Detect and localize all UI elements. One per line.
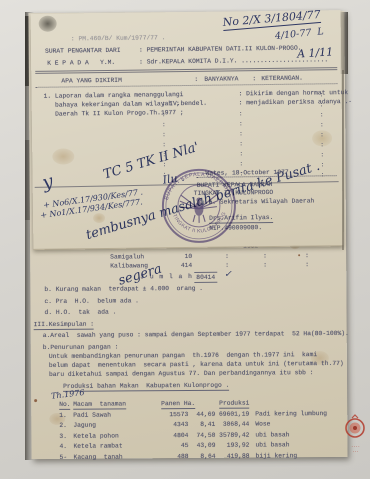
handwritten-flourish: y (40, 171, 55, 194)
column-header-qty: BANYAKNYA (204, 74, 238, 83)
prod-row-no: 5- (60, 453, 68, 462)
prod-row-name: Padi Sawah (73, 411, 111, 420)
cover-letter-sheet: : PM.460/B/ Kum/1977/77 . No 2/X 3/1804/… (31, 10, 344, 250)
to-label: K E P A D A Y.M. (47, 58, 115, 68)
column-header-sent: APA YANG DIKIRIM (61, 76, 122, 86)
prod-row-produksi: 69601,19 (209, 410, 249, 419)
prod-row-panen: 45 (154, 441, 188, 450)
prod-row-produksi: 193,92 (209, 441, 249, 450)
handwritten-date: 4/10-77 L (274, 26, 324, 42)
prod-row-no: 4. (59, 442, 67, 451)
watermark-microtext: ··· (342, 450, 370, 455)
production-table-title: Produksi bahan Makan Kabupaten Kulonprog… (63, 381, 229, 392)
prod-row-panen: 488 (155, 452, 189, 461)
official-round-stamp: BUPATI KEPALA DAERAH TINGKAT II KULON PR… (158, 163, 239, 246)
prod-row-produksi: 3068,44 (209, 420, 249, 429)
prod-row-no: 1. (59, 411, 67, 420)
prod-header-no: No. (59, 400, 70, 410)
prod-header-name: Macam tanaman (73, 399, 126, 409)
garuda-head (196, 197, 201, 202)
garuda-body (194, 202, 203, 216)
to-value: : Sdr.KEPALA KOMITA D.I.Y. .............… (139, 55, 328, 66)
prod-row-ket: ubi basah (255, 440, 289, 449)
section-heading: III.Kesimpulan : (34, 320, 95, 330)
prod-row-ket: ubi basah (255, 430, 289, 439)
prod-row-name: Ketela pohon (73, 431, 118, 440)
scan-edge-shadow (340, 12, 348, 74)
prod-row-panen: 4343 (154, 420, 188, 429)
prod-row-produksi: 419,88 (210, 452, 250, 461)
from-value: : PEMERINTAH KABUPATEN DATI.II KULON-PRO… (139, 44, 302, 55)
ink-speck (34, 399, 37, 402)
prod-row-name: Kacang tanah (74, 452, 123, 461)
prod-row-name: Jagung (73, 421, 96, 430)
prod-header-panen: Panen Ha. (161, 399, 195, 409)
conclusion-a: a.Areal sawah yang puso : sampai dengan … (43, 329, 349, 340)
prod-header-produksi: Produksi (219, 399, 249, 409)
prod-row-panen: 4804 (154, 431, 188, 440)
prod-row-produksi: 35789,42 (209, 431, 249, 440)
report-point-d: d. H.O. tak ada . (45, 308, 117, 318)
sheet-edge-line (342, 70, 344, 250)
paragraph-line: baru diketahui sampai dengan Agustus 77.… (49, 368, 314, 379)
column-separator: : (194, 75, 198, 84)
prod-row-name: Ketela rambat (73, 441, 122, 450)
archive-watermark: ···· ··· (342, 414, 370, 462)
prod-row-no: 2. (59, 421, 67, 430)
prod-row-ket: Padi kering lumbung (255, 409, 327, 419)
prod-row-ket: biji kering (256, 451, 298, 460)
corner-smudge (39, 16, 57, 32)
prod-row-no: 3. (59, 432, 67, 441)
from-label: SURAT PENGANTAR DARI (45, 46, 121, 56)
prod-row-ket: Wose (255, 419, 270, 428)
archive-logo-icon (342, 414, 368, 440)
prod-row-panen: 15573 (154, 410, 188, 419)
typed-ref-number: : PM.460/B/ Kum/1977/77 . (71, 33, 166, 43)
scanned-document-page: 1502 Samigaluh 10 : : : Kalibawang 414 :… (0, 0, 370, 479)
